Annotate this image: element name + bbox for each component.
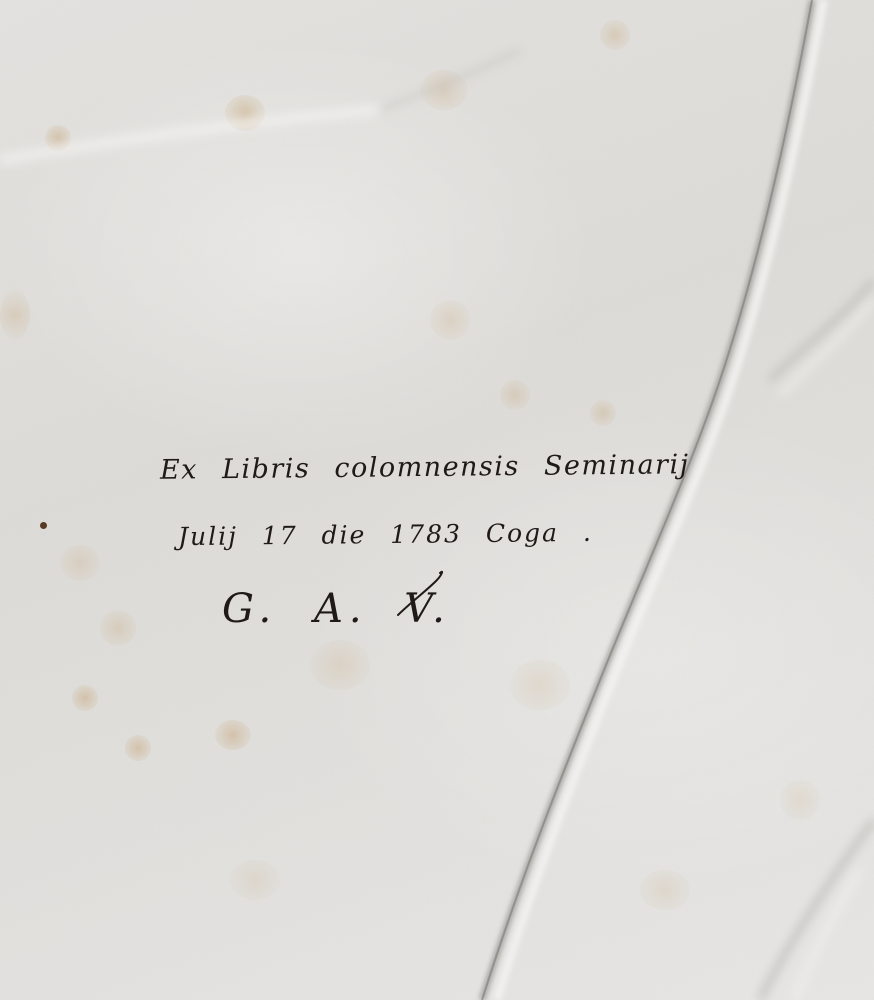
foxing-stain [215,720,251,750]
foxing-stain [420,70,468,110]
foxing-stain [780,780,820,820]
foxing-stain [500,380,530,410]
foxing-stain [430,300,470,340]
foxing-stain [100,610,136,646]
foxing-stain [310,640,370,690]
foxing-stain [0,290,30,340]
manuscript-page: Ex Libris colomnensis Seminarij Julij 17… [0,0,874,1000]
foxing-stain [72,685,98,711]
paper-crease [0,0,874,1000]
inscription-initials: G. A. V. [222,586,451,632]
ink-dot [40,522,47,529]
foxing-stain [600,20,630,50]
foxing-stain [45,125,71,151]
paper-texture [0,0,874,1000]
foxing-stain [590,400,616,426]
foxing-stain [225,95,265,131]
foxing-stain [640,870,690,910]
inscription-date-line: Julij 17 die 1783 Coga . [178,518,593,551]
foxing-stain [510,660,570,710]
foxing-stain [230,860,280,900]
foxing-stain [125,735,151,761]
foxing-stain [60,545,100,581]
inscription-ex-libris: Ex Libris colomnensis Seminarij [160,449,690,486]
